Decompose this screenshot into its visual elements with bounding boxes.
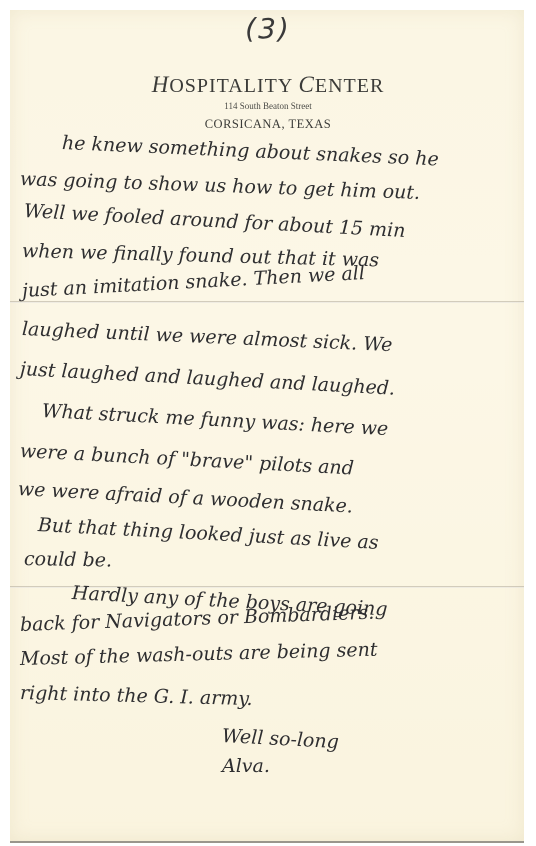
letterhead-title-part-2: ENTER (315, 75, 384, 97)
letterhead-city: CORSICANA, TEXAS (0, 117, 536, 132)
fold-line-upper (10, 301, 524, 303)
letter-signature: Alva. (222, 755, 270, 777)
letterhead-title: HOSPITALITY CENTER (0, 72, 536, 98)
letterhead-address: 114 South Beaton Street (0, 101, 536, 111)
letterhead-title-cap-1: H (152, 72, 170, 97)
page-number: (3) (233, 12, 303, 45)
letterhead-title-cap-2: C (299, 72, 315, 97)
letterhead-title-part-1: OSPITALITY (169, 75, 298, 97)
letter-line: could be. (24, 548, 112, 572)
